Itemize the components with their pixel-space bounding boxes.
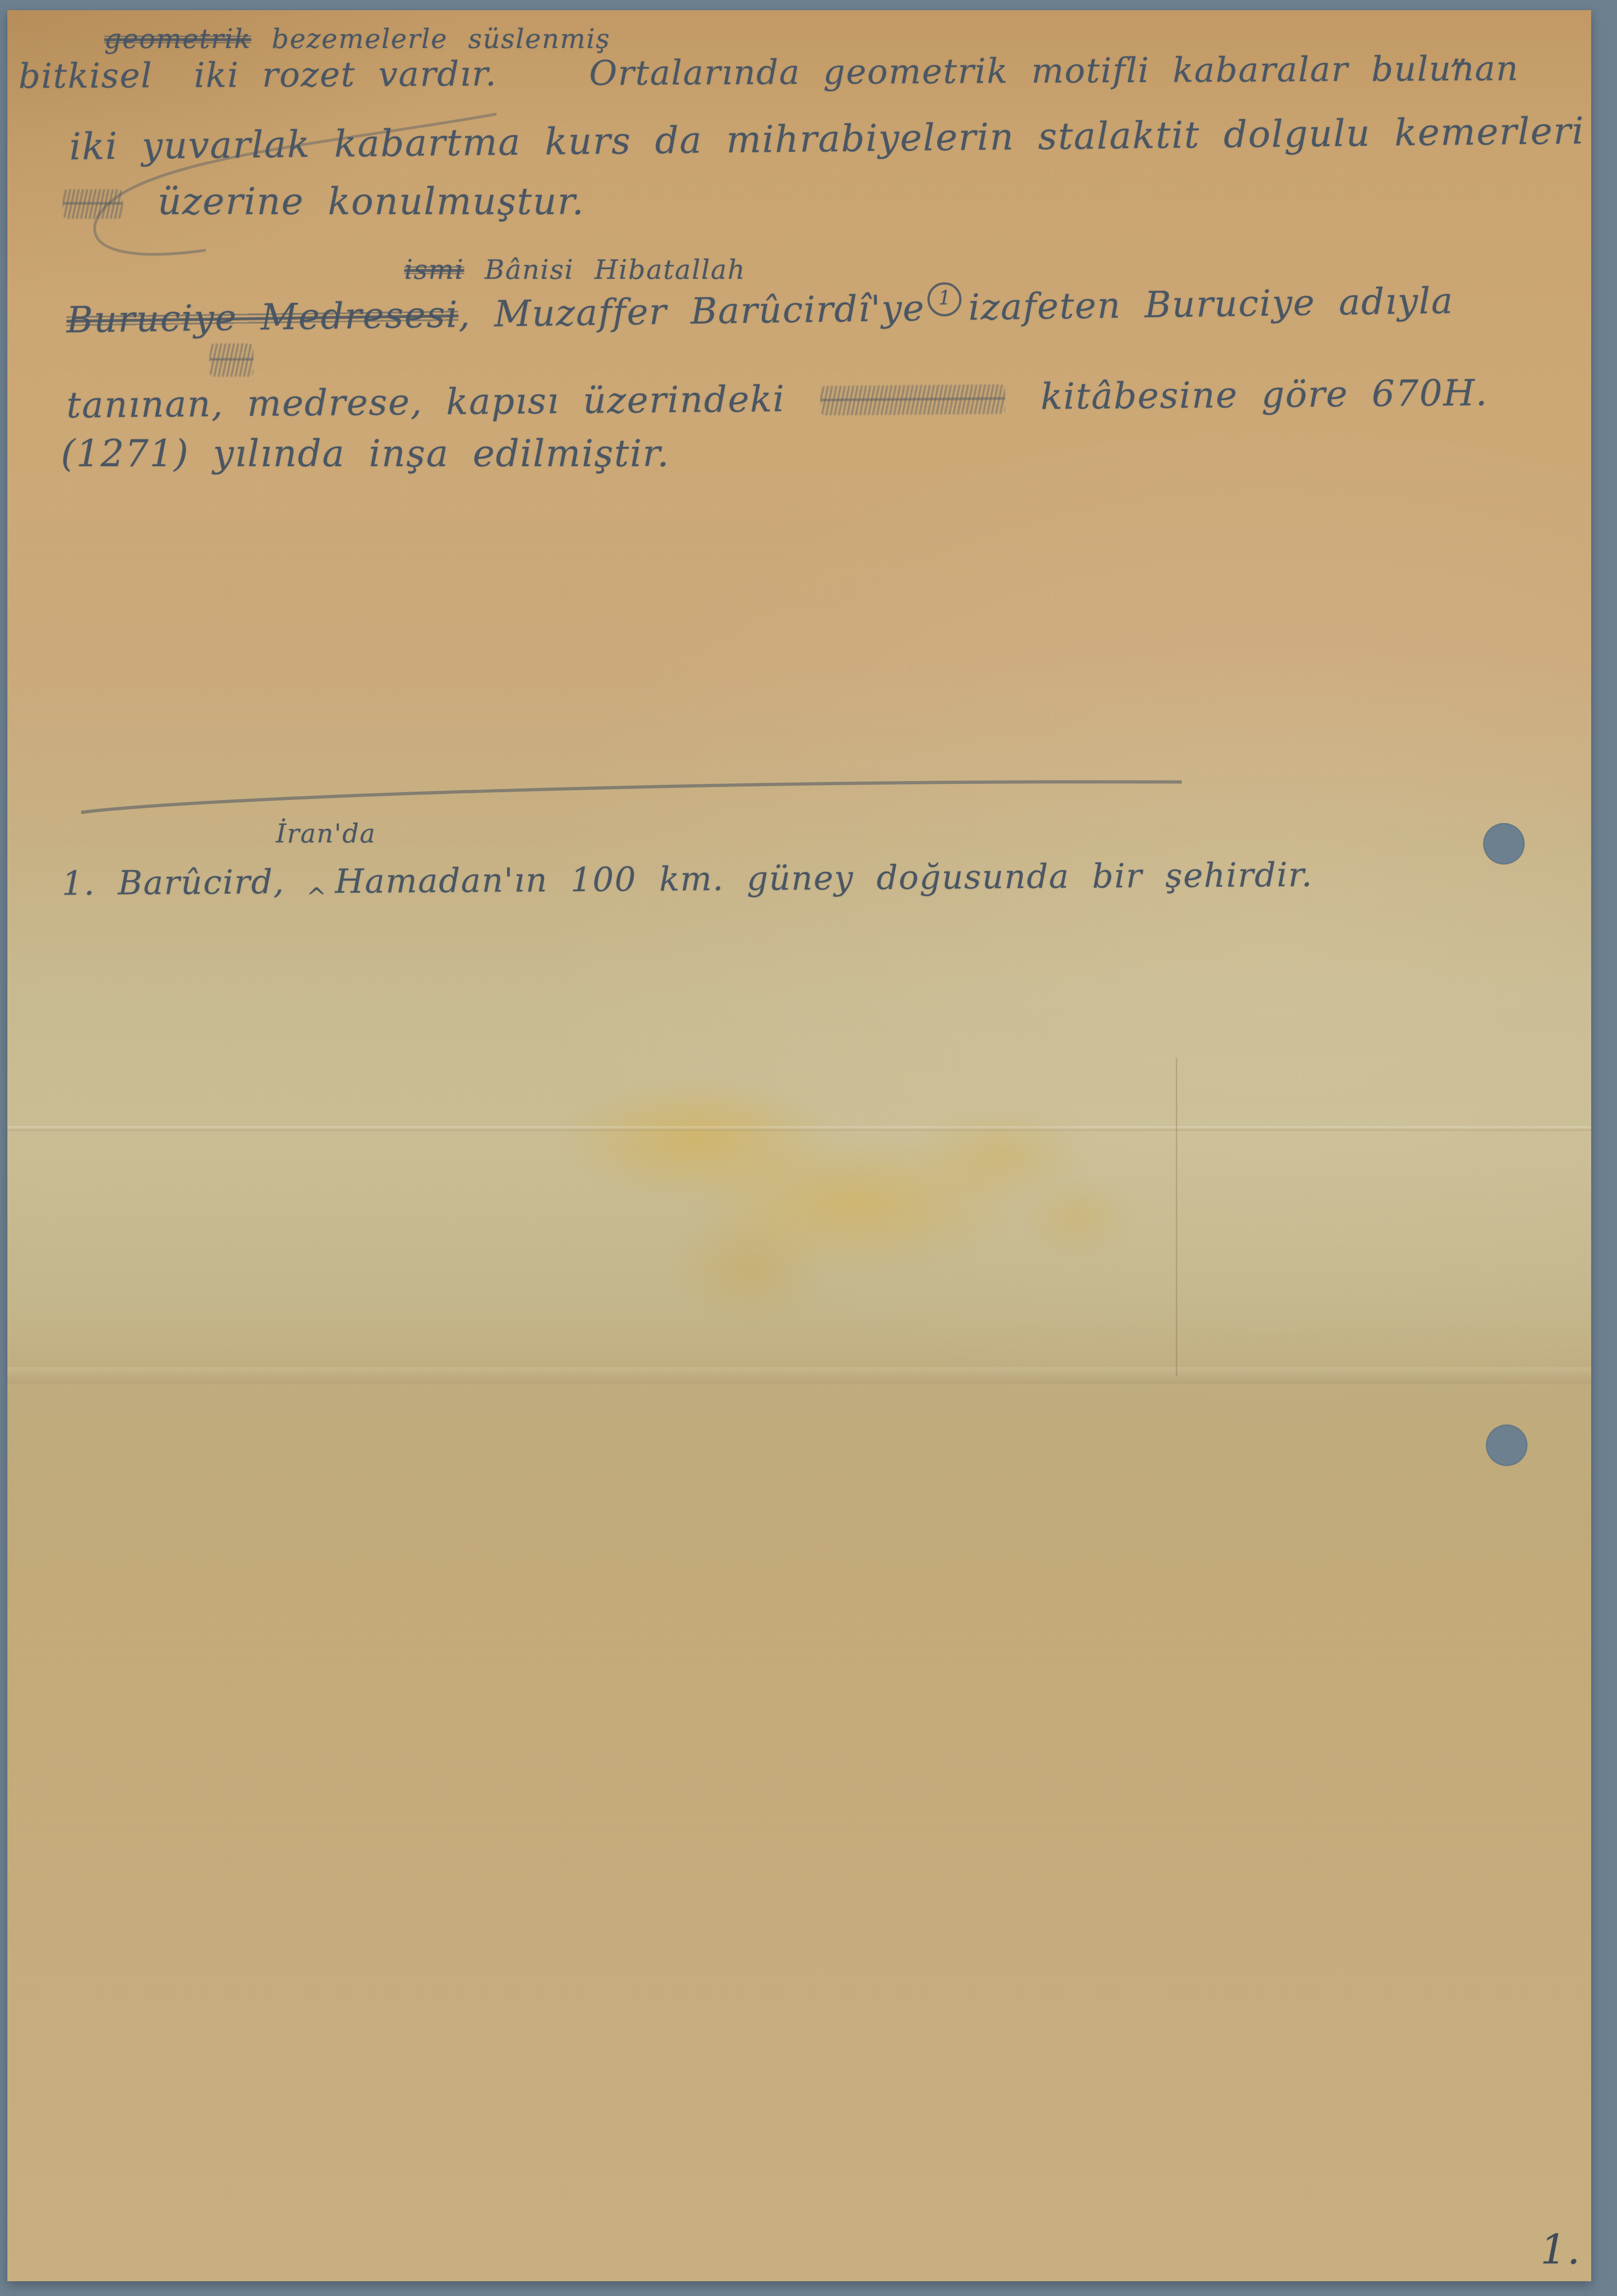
line-text: Ortalarında geometrik motifli kabaralar … [589,48,1519,93]
struck-word: ismi [404,254,464,285]
punch-hole-bottom [1486,1424,1527,1466]
line-text: tanınan, medrese, kapısı üzerindeki [66,379,785,427]
insertion-text: bezemelerle süslenmiş [272,23,611,54]
footnote-separator-line [81,782,1182,812]
struck-text: Buruciye Medresesi [66,294,458,341]
manuscript-line-6: (1271) yılında inşa edilmiştir. [61,432,670,475]
line-text: , Muzaffer Barûcirdî'ye [458,288,925,336]
footnote-text: Hamadan'ın 100 km. güney doğusunda bir ş… [335,855,1313,901]
manuscript-line-5: tanınan, medrese, kapısı üzerindeki kitâ… [66,373,1488,427]
struck-word: geometrik [104,23,251,54]
scribbled-out-words [820,385,1006,415]
scribbled-out-word [210,343,253,377]
manuscript-line-3: üzerine konulmuştur. [63,180,585,223]
manuscript-line-2: iki yuvarlak kabartma kurs da mihrabiyel… [69,109,1585,168]
fold-crease-vertical [1176,1058,1177,1376]
scanned-manuscript-scan: { "colors":{ "mat_background":"#6d8090",… [0,0,1617,2296]
ditto-mark: ” [1449,53,1468,92]
paper-stain [487,1051,1143,1328]
line-text: kitâbesine göre 670H. [1041,373,1488,418]
line-text: iki rozet vardır. [194,54,497,95]
manuscript-line-4: Buruciye Medresesi, Muzaffer Barûcirdî'y… [66,280,1454,344]
insertion-text: Bânisi Hibatallah [485,254,746,285]
interlinear-insertion-top: geometrik bezemelerle süslenmiş [104,23,611,54]
punch-hole-top [1483,823,1525,865]
fold-crease-horizontal [7,1126,1591,1131]
page-number: 1. [1540,2226,1581,2273]
manuscript-line-1: bitkisel iki rozet vardır. Ortalarında g… [18,48,1519,96]
footnote-text: 1. Barûcird, [62,862,285,902]
footnote-line: 1. Barûcird, Hamadan'ın 100 km. güney do… [62,855,1313,903]
scribbled-out-word [63,189,123,219]
interlinear-insertion-2: ismi Bânisi Hibatallah [404,254,746,285]
inserted-word: bitkisel [18,56,153,96]
footnote-insertion: İran'da [276,819,376,849]
document-page: geometrik bezemelerle süslenmiş bitkisel… [7,10,1591,2281]
line-text: izafeten Buruciye adıyla [968,280,1454,329]
footnote-reference-circled: 1 [928,282,962,317]
tone-boundary-crease [7,1367,1591,1384]
line-text: üzerine konulmuştur. [157,180,584,223]
